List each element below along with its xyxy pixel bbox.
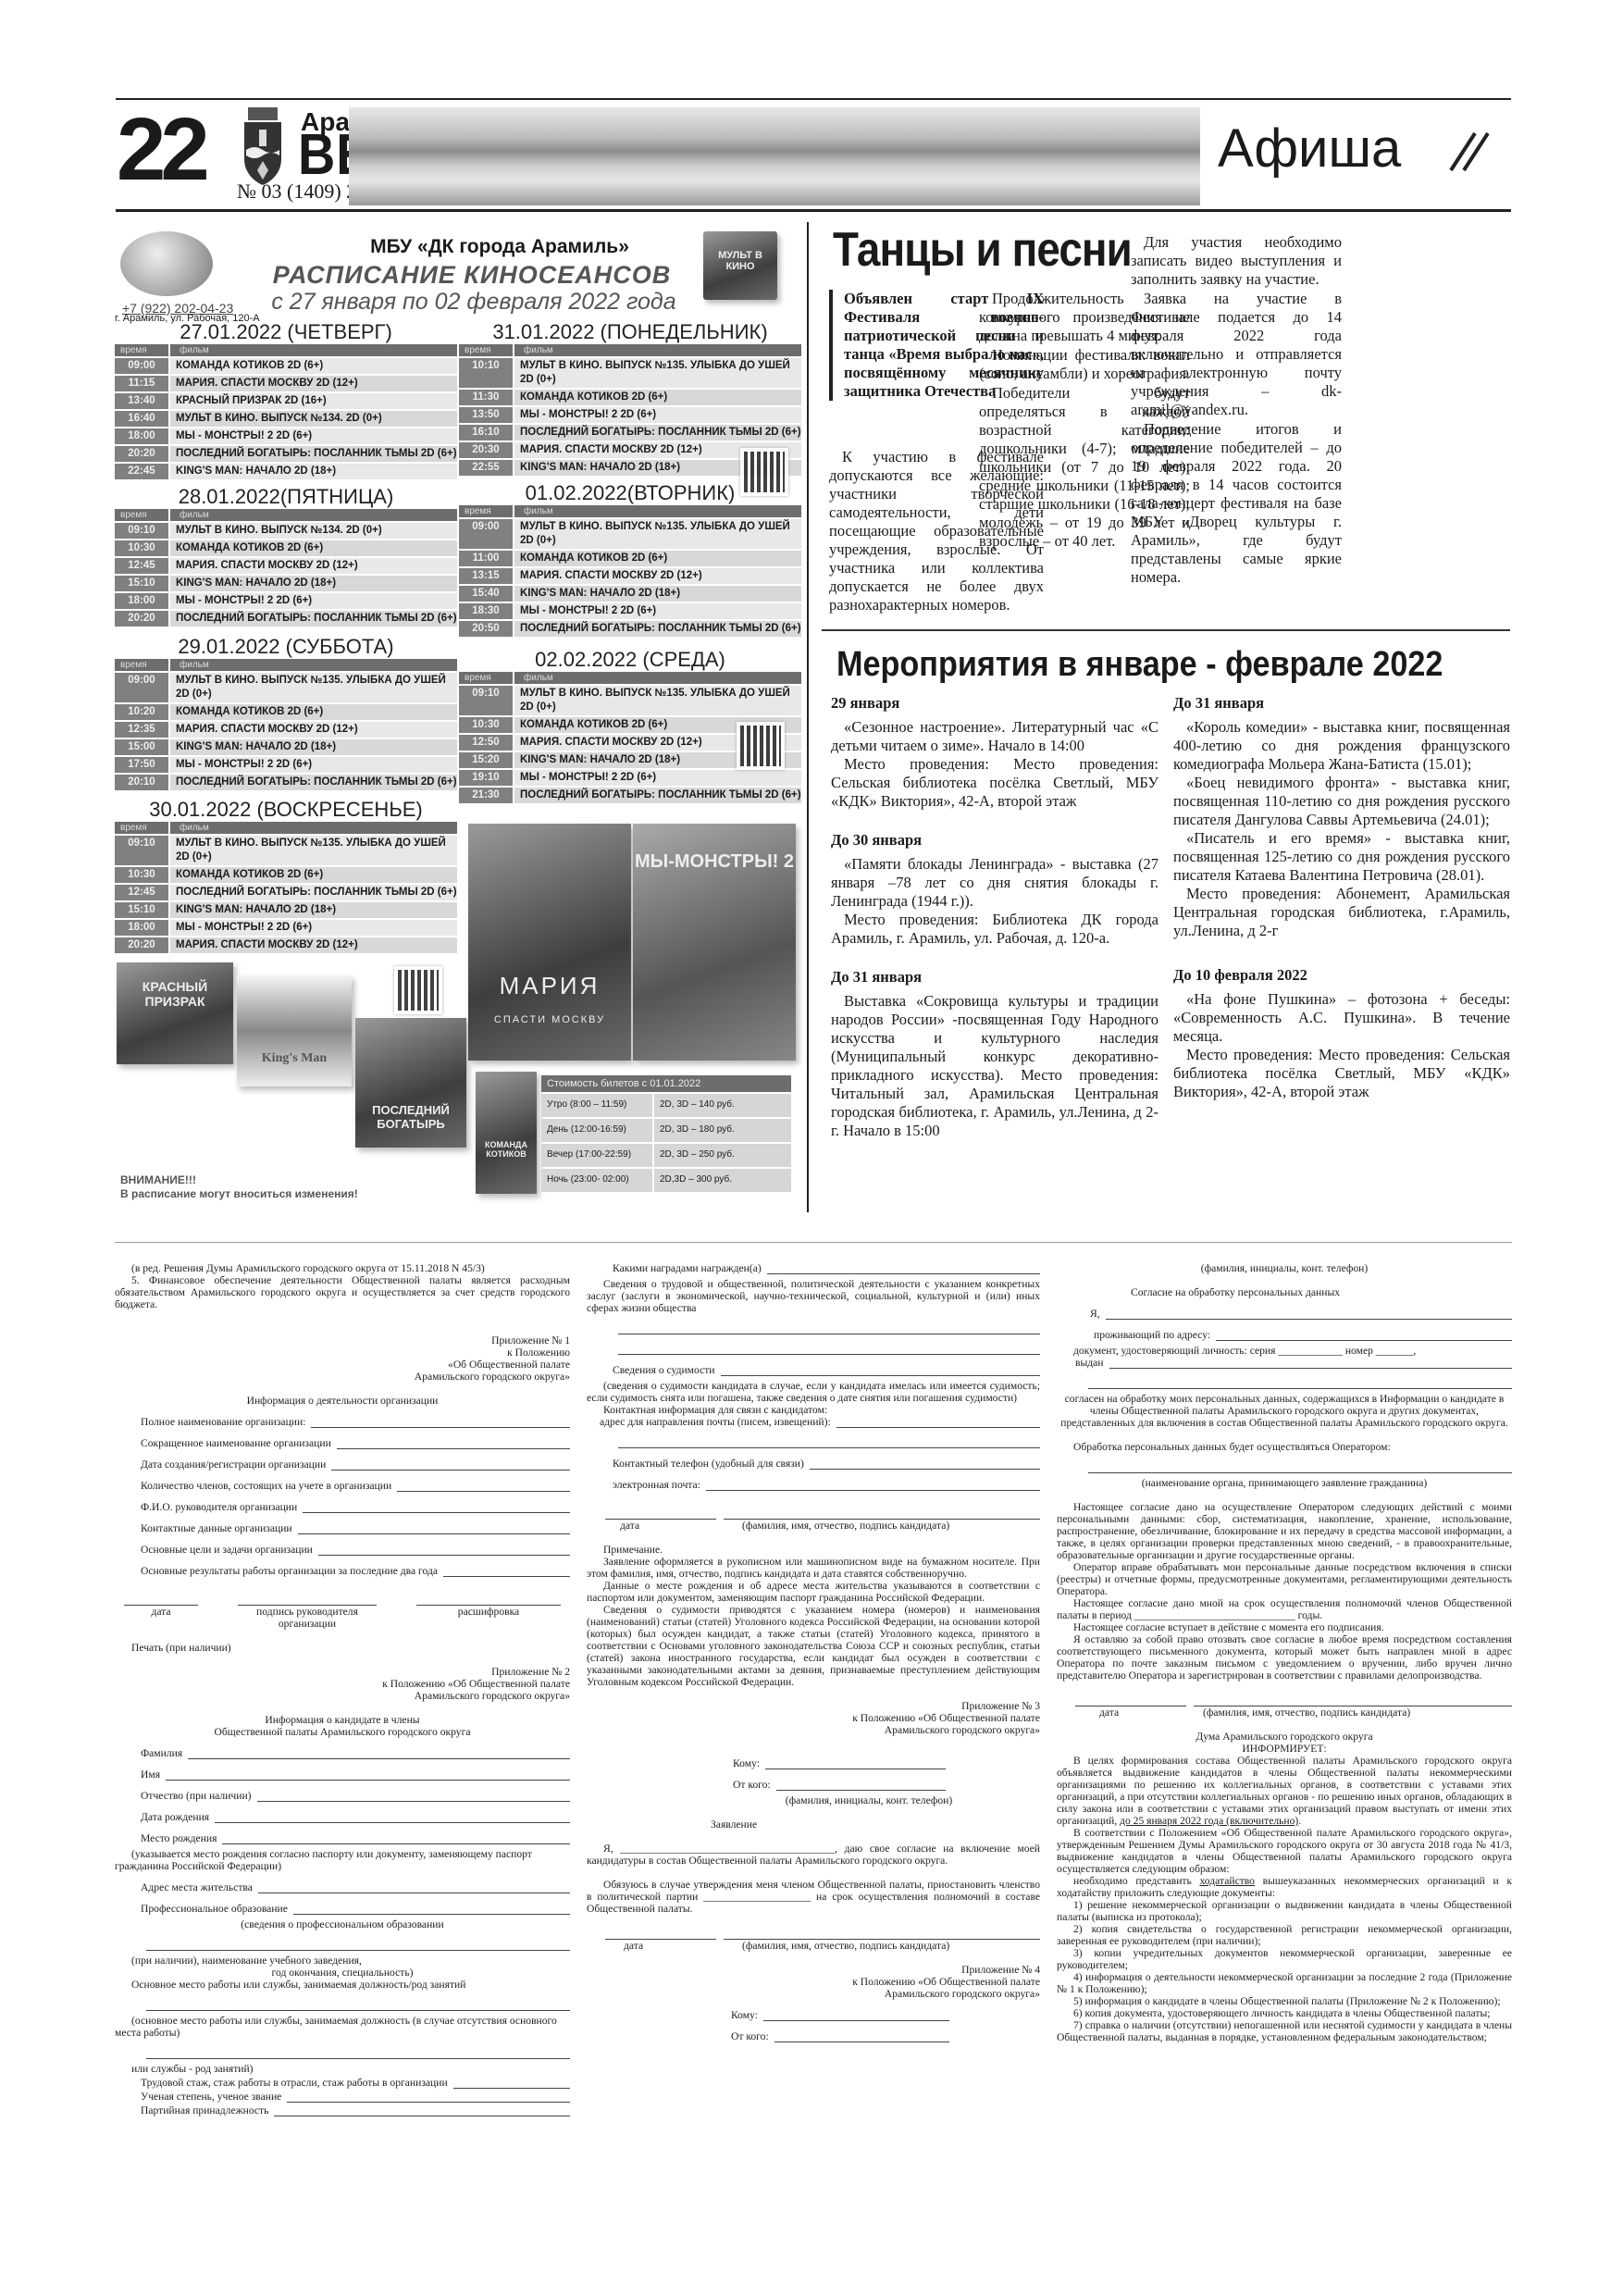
table-row: Утро (8:00 – 11:59)2D, 3D – 140 руб. bbox=[541, 1094, 791, 1117]
form-field[interactable]: электронная почта: bbox=[613, 1479, 1040, 1491]
table-header: времяфильм bbox=[115, 822, 457, 834]
table-row: 18:00МЫ - МОНСТРЫ! 2 2D (6+) bbox=[115, 920, 457, 936]
schedule-warning: ВНИМАНИЕ!!! В расписание могут вноситься… bbox=[120, 1173, 358, 1201]
table-row: 10:10МУЛЬТ В КИНО. ВЫПУСК №135. УЛЫБКА Д… bbox=[459, 358, 801, 388]
table-row: День (12:00-16:59)2D, 3D – 180 руб. bbox=[541, 1119, 791, 1142]
to-field[interactable]: Кому: bbox=[733, 1757, 946, 1769]
table-row: 21:30ПОСЛЕДНИЙ БОГАТЫРЬ: ПОСЛАННИК ТЬМЫ … bbox=[459, 788, 801, 803]
from-field[interactable]: От кого: bbox=[731, 2030, 949, 2042]
day-title: 27.01.2022 (ЧЕТВЕРГ) bbox=[115, 320, 457, 344]
table-row: 18:00МЫ - МОНСТРЫ! 2 2D (6+) bbox=[115, 428, 457, 444]
section-divider bbox=[822, 629, 1510, 631]
article-title: Танцы и песни bbox=[833, 222, 1132, 278]
page-number: 22 bbox=[117, 104, 204, 196]
form-field[interactable]: Ученая степень, ученое звание bbox=[141, 2091, 570, 2103]
table-header: времяфильм bbox=[115, 659, 457, 671]
ticket-prices-table: Стоимость билетов с 01.01.2022 Утро (8:0… bbox=[541, 1075, 791, 1192]
poster-bogatyr: ПОСЛЕДНИЙ БОГАТЫРЬ bbox=[355, 1018, 466, 1148]
form-field[interactable]: Сведения о судимости bbox=[613, 1364, 1040, 1376]
table-header: времяфильм bbox=[459, 344, 801, 356]
event-date: До 30 января bbox=[831, 831, 1158, 850]
table-row: 10:30КОМАНДА КОТИКОВ 2D (6+) bbox=[115, 867, 457, 883]
form-field[interactable] bbox=[141, 2048, 570, 2059]
events-left-column: 29 января «Сезонное настроение». Литерат… bbox=[831, 685, 1158, 1140]
poster-kings-man: King's Man bbox=[237, 975, 352, 1086]
form-field[interactable]: Основные результаты работы организации з… bbox=[141, 1565, 570, 1577]
schedule-title: РАСПИСАНИЕ КИНОСЕАНСОВ bbox=[268, 261, 675, 290]
masthead-bottom-rule bbox=[116, 209, 1511, 212]
prices-header: Стоимость билетов с 01.01.2022 bbox=[541, 1075, 791, 1092]
table-row: 09:00МУЛЬТ В КИНО. ВЫПУСК №135. УЛЫБКА Д… bbox=[115, 673, 457, 702]
table-row: 20:20ПОСЛЕДНИЙ БОГАТЫРЬ: ПОСЛАННИК ТЬМЫ … bbox=[115, 446, 457, 462]
issued-field[interactable]: выдан bbox=[1075, 1357, 1512, 1369]
day-title: 30.01.2022 (ВОСКРЕСЕНЬЕ) bbox=[115, 798, 457, 822]
table-row: 20:10ПОСЛЕДНИЙ БОГАТЫРЬ: ПОСЛАННИК ТЬМЫ … bbox=[115, 775, 457, 790]
form-title: Информация о деятельности организации bbox=[115, 1395, 570, 1407]
table-row: 11:00КОМАНДА КОТИКОВ 2D (6+) bbox=[459, 551, 801, 566]
article-column-3: Для участия необходимо записать видео вы… bbox=[1131, 233, 1342, 588]
event-date: До 10 февраля 2022 bbox=[1173, 966, 1510, 985]
table-row: 11:30КОМАНДА КОТИКОВ 2D (6+) bbox=[459, 390, 801, 405]
table-row: Ночь (23:00- 02:00)2D,3D – 300 руб. bbox=[541, 1169, 791, 1192]
table-row: 15:10KING'S MAN: НАЧАЛО 2D (18+) bbox=[115, 576, 457, 591]
name-field[interactable]: Я, bbox=[1090, 1308, 1512, 1320]
signature-block: дата (фамилия, имя, отчество, подпись ка… bbox=[1075, 1706, 1512, 1719]
table-row: 11:15МАРИЯ. СПАСТИ МОСКВУ 2D (12+) bbox=[115, 376, 457, 391]
form-field[interactable]: Контактный телефон (удобный для связи) bbox=[613, 1458, 1040, 1470]
table-row: 09:00КОМАНДА КОТИКОВ 2D (6+) bbox=[115, 358, 457, 374]
qr-code-icon[interactable] bbox=[737, 722, 785, 770]
form-field[interactable]: Место рождения bbox=[141, 1832, 570, 1844]
poster-cats: КОМАНДА КОТИКОВ bbox=[476, 1072, 537, 1194]
table-header: времяфильм bbox=[115, 344, 457, 356]
table-row: 09:10МУЛЬТ В КИНО. ВЫПУСК №134. 2D (0+) bbox=[115, 523, 457, 539]
table-row: 13:15МАРИЯ. СПАСТИ МОСКВУ 2D (12+) bbox=[459, 568, 801, 584]
table-row: 18:00МЫ - МОНСТРЫ! 2 2D (6+) bbox=[115, 593, 457, 609]
table-row: 10:20КОМАНДА КОТИКОВ 2D (6+) bbox=[115, 704, 457, 720]
table-row: 12:35МАРИЯ. СПАСТИ МОСКВУ 2D (12+) bbox=[115, 722, 457, 738]
table-row: 12:45ПОСЛЕДНИЙ БОГАТЫРЬ: ПОСЛАННИК ТЬМЫ … bbox=[115, 885, 457, 900]
table-header: времяфильм bbox=[115, 509, 457, 521]
table-row: 13:50МЫ - МОНСТРЫ! 2 2D (6+) bbox=[459, 407, 801, 423]
to-field[interactable]: Кому: bbox=[731, 2009, 949, 2021]
form-field[interactable]: Контактные данные организации bbox=[141, 1522, 570, 1534]
day-title: 31.01.2022 (ПОНЕДЕЛЬНИК) bbox=[459, 320, 801, 344]
form-field[interactable] bbox=[141, 2000, 570, 2011]
table-row: 18:30МЫ - МОНСТРЫ! 2 2D (6+) bbox=[459, 603, 801, 619]
form-field[interactable]: Сокращенное наименование организации bbox=[141, 1437, 570, 1449]
masthead-landscape-photo bbox=[349, 107, 1200, 205]
events-right-column: До 31 января «Король комедии» - выставка… bbox=[1173, 685, 1510, 1101]
mult-poster: МУЛЬТ В КИНО bbox=[703, 231, 777, 300]
day-title: 29.01.2022 (СУББОТА) bbox=[115, 635, 457, 659]
schedule-day: 29.01.2022 (СУББОТА) времяфильм 09:00МУЛ… bbox=[115, 635, 457, 790]
day-title: 02.02.2022 (СРЕДА) bbox=[459, 648, 801, 672]
schedule-day: 30.01.2022 (ВОСКРЕСЕНЬЕ) времяфильм 09:1… bbox=[115, 798, 457, 953]
legal-column-2: Какими наградами награжден(а) Сведения о… bbox=[587, 1262, 1040, 2046]
table-row: 13:40КРАСНЫЙ ПРИЗРАК 2D (16+) bbox=[115, 393, 457, 409]
from-field[interactable]: От кого: bbox=[733, 1779, 946, 1791]
table-row: 20:50ПОСЛЕДНИЙ БОГАТЫРЬ: ПОСЛАННИК ТЬМЫ … bbox=[459, 621, 801, 637]
form-field[interactable]: Трудовой стаж, стаж работы в отрасли, ст… bbox=[141, 2077, 570, 2089]
masthead-top-rule bbox=[116, 98, 1511, 100]
table-row: 09:10МУЛЬТ В КИНО. ВЫПУСК №135. УЛЫБКА Д… bbox=[115, 836, 457, 865]
signature-block: дата (фамилия, имя, отчество, подпись ка… bbox=[605, 1519, 1040, 1532]
form-field[interactable]: Имя bbox=[141, 1769, 570, 1781]
section-rubric: Афиша bbox=[1218, 118, 1401, 180]
legal-column-3: (фамилия, инициалы, конт. телефон) Согла… bbox=[1057, 1262, 1512, 2043]
operator-field[interactable] bbox=[1083, 1462, 1512, 1473]
legal-column-1: (в ред. Решения Думы Арамильского городс… bbox=[115, 1262, 570, 2118]
table-row: 17:50МЫ - МОНСТРЫ! 2 2D (6+) bbox=[115, 757, 457, 773]
column-divider bbox=[807, 222, 809, 1212]
table-header: времяфильм bbox=[459, 672, 801, 684]
form-field[interactable]: Полное наименование организации: bbox=[141, 1416, 570, 1428]
form-field[interactable]: Отчество (при наличии) bbox=[141, 1790, 570, 1802]
table-row: 09:00МУЛЬТ В КИНО. ВЫПУСК №135. УЛЫБКА Д… bbox=[459, 519, 801, 549]
form-field[interactable]: Дата рождения bbox=[141, 1811, 570, 1823]
table-row: 16:10ПОСЛЕДНИЙ БОГАТЫРЬ: ПОСЛАННИК ТЬМЫ … bbox=[459, 425, 801, 441]
form-field[interactable]: Профессиональное образование bbox=[141, 1903, 570, 1915]
form-field[interactable] bbox=[613, 1437, 1040, 1448]
address-field[interactable]: проживающий по адресу: bbox=[1094, 1329, 1512, 1341]
form-field[interactable]: адрес для направления почты (писем, изве… bbox=[600, 1416, 1040, 1428]
form-field[interactable] bbox=[1083, 1378, 1512, 1389]
table-row: 20:20МАРИЯ. СПАСТИ МОСКВУ 2D (12+) bbox=[115, 937, 457, 953]
section-rule bbox=[115, 1242, 1512, 1243]
event-date: До 31 января bbox=[1173, 694, 1510, 713]
form-field[interactable]: Партийная принадлежность bbox=[141, 2104, 570, 2116]
schedule-day: 01.02.2022(ВТОРНИК) времяфильм 09:00МУЛЬ… bbox=[459, 481, 801, 637]
table-row: 15:00KING'S MAN: НАЧАЛО 2D (18+) bbox=[115, 739, 457, 755]
form-field[interactable]: Дата создания/регистрации организации bbox=[141, 1458, 570, 1471]
table-row: 22:45KING'S MAN: НАЧАЛО 2D (18+) bbox=[115, 464, 457, 479]
table-row: 12:45МАРИЯ. СПАСТИ МОСКВУ 2D (12+) bbox=[115, 558, 457, 574]
event-date: До 31 января bbox=[831, 968, 1158, 987]
signature-block: дата подпись руководителя организации ра… bbox=[115, 1605, 570, 1630]
double-slash-icon bbox=[1443, 128, 1490, 174]
qr-code-icon[interactable] bbox=[394, 966, 442, 1014]
schedule-date-range: с 27 января по 02 февраля 2022 года bbox=[242, 289, 705, 316]
form-field[interactable] bbox=[141, 1940, 570, 1951]
schedule-day: 28.01.2022(ПЯТНИЦА) времяфильм 09:10МУЛЬ… bbox=[115, 485, 457, 627]
form-field[interactable]: Ф.И.О. руководителя организации bbox=[141, 1501, 570, 1513]
form-field[interactable]: Какими наградами награжден(а) bbox=[613, 1262, 1040, 1274]
table-row: 16:40МУЛЬТ В КИНО. ВЫПУСК №134. 2D (0+) bbox=[115, 411, 457, 427]
table-row: 09:10МУЛЬТ В КИНО. ВЫПУСК №135. УЛЫБКА Д… bbox=[459, 686, 801, 715]
schedule-day: 27.01.2022 (ЧЕТВЕРГ) времяфильм 09:00КОМ… bbox=[115, 320, 457, 479]
table-header: времяфильм bbox=[459, 505, 801, 517]
form-field[interactable] bbox=[613, 1323, 1040, 1334]
table-row: 19:10МЫ - МОНСТРЫ! 2 2D (6+) bbox=[459, 770, 801, 786]
city-crest-icon bbox=[242, 107, 283, 185]
day-title: 01.02.2022(ВТОРНИК) bbox=[459, 481, 801, 505]
poster-monsters: МЫ-МОНСТРЫ! 2 bbox=[633, 824, 796, 1061]
table-row: Вечер (17:00-22:59)2D, 3D – 250 руб. bbox=[541, 1144, 791, 1167]
cinema-organization: МБУ «ДК города Арамиль» bbox=[324, 236, 675, 258]
form-field[interactable]: Основные цели и задачи организации bbox=[141, 1544, 570, 1556]
table-row: 20:20ПОСЛЕДНИЙ БОГАТЫРЬ: ПОСЛАННИК ТЬМЫ … bbox=[115, 611, 457, 627]
poster-red-ghost: КРАСНЫЙ ПРИЗРАК bbox=[117, 962, 233, 1064]
form-field[interactable]: Адрес места жительства bbox=[141, 1881, 570, 1893]
form-field[interactable]: Фамилия bbox=[141, 1747, 570, 1759]
day-title: 28.01.2022(ПЯТНИЦА) bbox=[115, 485, 457, 509]
form-field[interactable]: Количество членов, состоящих на учете в … bbox=[141, 1480, 570, 1492]
poster-maria: МАРИЯСПАСТИ МОСКВУ bbox=[468, 824, 631, 1061]
form-field[interactable] bbox=[613, 1344, 1040, 1355]
events-title: Мероприятия в январе - феврале 2022 bbox=[836, 643, 1443, 686]
table-row: 10:30КОМАНДА КОТИКОВ 2D (6+) bbox=[115, 540, 457, 556]
table-row: 15:10KING'S MAN: НАЧАЛО 2D (18+) bbox=[115, 902, 457, 918]
event-date: 29 января bbox=[831, 694, 1158, 713]
signature-block: дата (фамилия, имя, отчество, подпись ка… bbox=[605, 1939, 1040, 1952]
table-row: 15:40KING'S MAN: НАЧАЛО 2D (18+) bbox=[459, 586, 801, 602]
panorama-cinema-logo bbox=[120, 231, 213, 296]
